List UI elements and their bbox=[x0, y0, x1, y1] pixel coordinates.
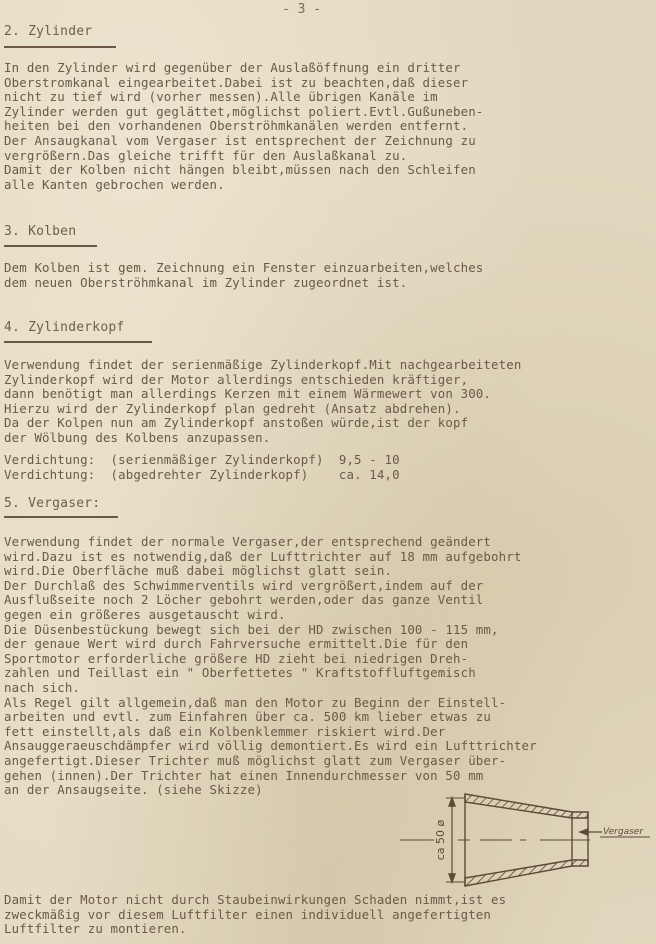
text-line: angefertigt.Dieser Trichter muß möglichs… bbox=[4, 754, 537, 769]
section-heading-vergaser: 5. Vergaser: bbox=[4, 496, 100, 511]
text-line: wird.Die Oberfläche muß dabei möglichst … bbox=[4, 564, 537, 579]
text-line: Luftfilter zu montieren. bbox=[4, 922, 506, 937]
funnel-sketch: ca 50 ø Vergaser bbox=[400, 790, 656, 900]
text-line: In den Zylinder wird gegenüber der Ausla… bbox=[4, 61, 483, 76]
text-line: Sportmotor erforderliche größere HD zieh… bbox=[4, 652, 537, 667]
text-line: Die Düsenbestückung bewegt sich bei der … bbox=[4, 623, 537, 638]
text-line: Zylinder werden gut geglättet,möglichst … bbox=[4, 105, 483, 120]
text-line: Dem Kolben ist gem. Zeichnung ein Fenste… bbox=[4, 261, 483, 276]
text-line: Der Durchlaß des Schwimmerventils wird v… bbox=[4, 579, 537, 594]
text-line: Verwendung findet der serienmäßige Zylin… bbox=[4, 358, 521, 373]
section-heading-zylinderkopf: 4. Zylinderkopf bbox=[4, 320, 124, 335]
text-line: dem neuen Oberströhmkanal im Zylinder zu… bbox=[4, 276, 483, 291]
text-line: Zylinderkopf wird der Motor allerdings e… bbox=[4, 373, 521, 388]
text-line: vergrößern.Das gleiche trifft für den Au… bbox=[4, 149, 483, 164]
heading-underline bbox=[4, 341, 152, 343]
text-line: der genaue Wert wird durch Fahrversuche … bbox=[4, 637, 537, 652]
text-line: wird.Dazu ist es notwendig,daß der Luftt… bbox=[4, 550, 537, 565]
text-line: dann benötigt man allerdings Kerzen mit … bbox=[4, 387, 521, 402]
text-line: Damit der Kolben nicht hängen bleibt,müs… bbox=[4, 163, 483, 178]
text-line: Verdichtung: (abgedrehter Zylinderkopf) … bbox=[4, 468, 400, 483]
paragraph-vergaser: Verwendung findet der normale Vergaser,d… bbox=[4, 535, 537, 798]
text-line: nach sich. bbox=[4, 681, 537, 696]
document-page: - 3 - 2. Zylinder In den Zylinder wird g… bbox=[0, 0, 656, 944]
text-line: heiten bei den vorhandenen Oberströhmkan… bbox=[4, 119, 483, 134]
heading-underline bbox=[4, 245, 97, 247]
text-line: gehen (innen).Der Trichter hat einen Inn… bbox=[4, 769, 537, 784]
vergaser-label: Vergaser bbox=[603, 827, 644, 837]
section-heading-zylinder: 2. Zylinder bbox=[4, 24, 92, 39]
text-line: zahlen und Teillast ein " Oberfettetes "… bbox=[4, 666, 537, 681]
text-line: Verdichtung: (serienmäßiger Zylinderkopf… bbox=[4, 453, 400, 468]
text-line: Der Ansaugkanal vom Vergaser ist entspre… bbox=[4, 134, 483, 149]
text-line: fett einstellt,als daß ein Kolbenklemmer… bbox=[4, 725, 537, 740]
text-line: Hierzu wird der Zylinderkopf plan gedreh… bbox=[4, 402, 521, 417]
page-number: - 3 - bbox=[282, 2, 321, 17]
text-line: Verwendung findet der normale Vergaser,d… bbox=[4, 535, 537, 550]
text-line: arbeiten und evtl. zum Einfahren über ca… bbox=[4, 710, 537, 725]
text-line: Als Regel gilt allgemein,daß man den Mot… bbox=[4, 696, 537, 711]
paragraph-zylinderkopf: Verwendung findet der serienmäßige Zylin… bbox=[4, 358, 521, 446]
compression-values: Verdichtung: (serienmäßiger Zylinderkopf… bbox=[4, 453, 400, 482]
heading-underline bbox=[4, 46, 116, 48]
text-line: alle Kanten gebrochen werden. bbox=[4, 178, 483, 193]
paragraph-kolben: Dem Kolben ist gem. Zeichnung ein Fenste… bbox=[4, 261, 483, 290]
text-line: Ausflußseite noch 2 Löcher gebohrt werde… bbox=[4, 593, 537, 608]
text-line: Da der Kolpen nun am Zylinderkopf anstoß… bbox=[4, 416, 521, 431]
text-line: zweckmäßig vor diesem Luftfilter einen i… bbox=[4, 908, 506, 923]
text-line: Oberstromkanal eingearbeitet.Dabei ist z… bbox=[4, 76, 483, 91]
dimension-label: ca 50 ø bbox=[434, 819, 447, 860]
heading-underline bbox=[4, 516, 118, 518]
paragraph-zylinder: In den Zylinder wird gegenüber der Ausla… bbox=[4, 61, 483, 192]
text-line: gegen ein größeres ausgetauscht wird. bbox=[4, 608, 537, 623]
text-line: Ansauggeraeuschdämpfer wird völlig demon… bbox=[4, 739, 537, 754]
text-line: der Wölbung des Kolbens anzupassen. bbox=[4, 431, 521, 446]
section-heading-kolben: 3. Kolben bbox=[4, 224, 76, 239]
text-line: nicht zu tief wird (vorher messen).Alle … bbox=[4, 90, 483, 105]
